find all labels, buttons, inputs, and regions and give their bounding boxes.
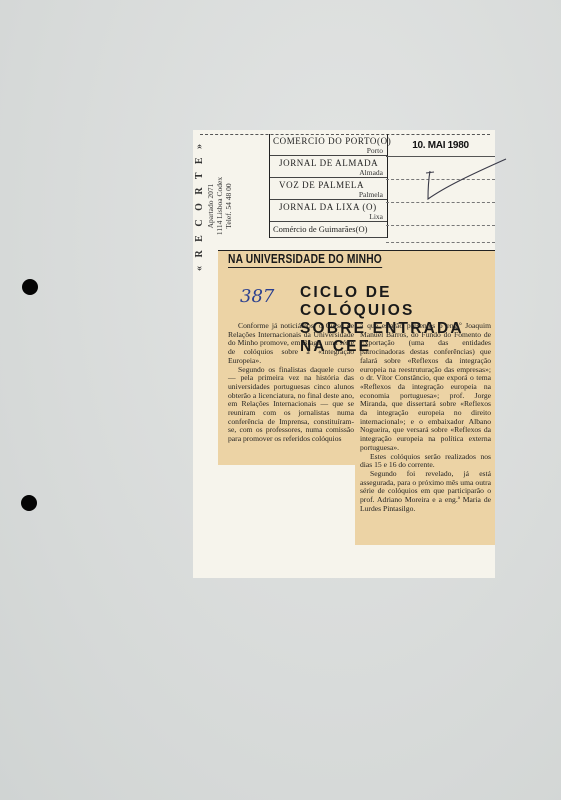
punch-hole-bottom — [21, 495, 37, 511]
blank-cell — [386, 226, 495, 243]
clipping-top-rule — [218, 250, 495, 251]
agency-address: Apartado 2071 — [206, 184, 215, 229]
newspaper-name: Comércio de Guimarães(O) — [273, 224, 383, 234]
newspaper-table: COMERCIO DO PORTO(O) Porto JORNAL DE ALM… — [269, 134, 388, 238]
blank-cell — [386, 203, 495, 226]
date-stamp: 10. MAI 1980 — [412, 140, 468, 151]
handwritten-number: 387 — [240, 286, 274, 307]
article-kicker: NA UNIVERSIDADE DO MINHO — [228, 252, 382, 268]
newspaper-row: VOZ DE PALMELA Palmela — [270, 178, 387, 200]
newspaper-row: COMERCIO DO PORTO(O) Porto — [270, 134, 387, 156]
newspaper-city: Palmela — [273, 190, 383, 199]
paragraph: Segundo os finalistas daquele curso — pe… — [228, 366, 354, 444]
headline-line-1: CICLO DE COLÓQUIOS — [300, 284, 490, 320]
newspaper-row: JORNAL DE ALMADA Almada — [270, 156, 387, 178]
newspaper-name: JORNAL DA LIXA (O) — [273, 202, 383, 212]
newspaper-city: Almada — [273, 168, 383, 177]
newspaper-name: JORNAL DE ALMADA — [273, 158, 383, 168]
article-right-column: a que estarão presentes o eng.º Joaquim … — [360, 322, 491, 513]
checkmark-icon — [420, 155, 510, 205]
article-left-column: Conforme já noticiámos, o Curso de Relaç… — [228, 322, 354, 444]
newspaper-city: Porto — [273, 146, 383, 155]
agency-city: 1114 Lisboa Codex — [215, 177, 224, 235]
newspaper-name: COMERCIO DO PORTO(O) — [273, 136, 383, 146]
newspaper-row: JORNAL DA LIXA (O) Lixa — [270, 200, 387, 222]
date-cell: 10. MAI 1980 — [386, 134, 495, 157]
newspaper-name: VOZ DE PALMELA — [273, 180, 383, 190]
paragraph: Estes colóquios serão realizados nos dia… — [360, 453, 491, 470]
newspaper-row: Comércio de Guimarães(O) — [270, 222, 387, 238]
agency-name: « R E C O R T E » — [194, 141, 206, 271]
paragraph: a que estarão presentes o eng.º Joaquim … — [360, 322, 491, 453]
paragraph: Conforme já noticiámos, o Curso de Relaç… — [228, 322, 354, 366]
newspaper-city: Lixa — [273, 212, 383, 221]
agency-stamp: « R E C O R T E » Apartado 2071 1114 Lis… — [194, 158, 252, 254]
punch-hole-top — [22, 279, 38, 295]
agency-phone: Telef. 54 48 00 — [224, 183, 233, 228]
paragraph: Segundo foi revelado, já está assegurada… — [360, 470, 491, 514]
